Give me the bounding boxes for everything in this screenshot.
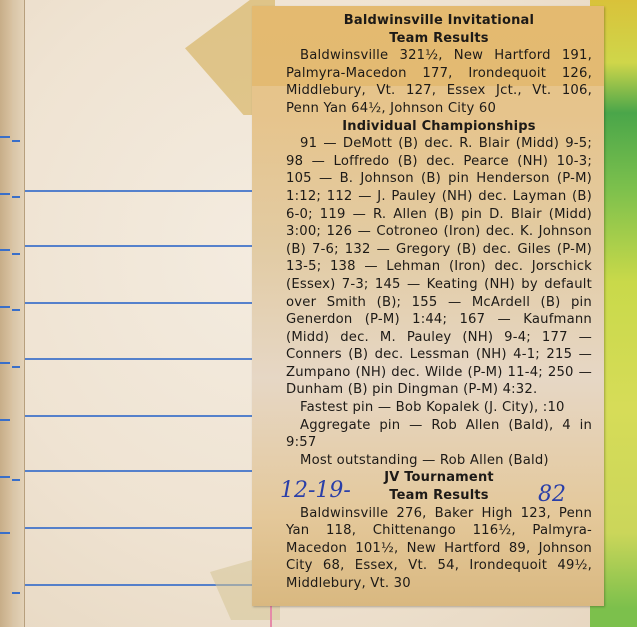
individual-heading: Individual Championships — [286, 118, 592, 136]
page-edge-line — [12, 479, 20, 481]
page-edge-line — [0, 306, 10, 308]
individual-results: 91 — DeMott (B) dec. R. Blair (Midd) 9-5… — [286, 135, 592, 399]
page-edge-line — [12, 592, 20, 594]
ruled-line — [25, 245, 255, 247]
team-results: Baldwinsville 321½, New Hartford 191, Pa… — [286, 47, 592, 117]
fastest-pin: Fastest pin — Bob Kopalek (J. City), :10 — [286, 399, 592, 417]
page-edge-line — [12, 366, 20, 368]
page-edge-line — [12, 253, 20, 255]
notebook-page-edge — [12, 0, 25, 627]
margin-line — [270, 606, 272, 627]
article-title: Baldwinsville Invitational — [286, 12, 592, 30]
ruled-line — [25, 302, 255, 304]
page-edge-line — [12, 196, 20, 198]
page-edge-line — [0, 362, 10, 364]
page-edge-line — [0, 532, 10, 534]
page-edge-line — [12, 140, 20, 142]
most-outstanding: Most outstanding — Rob Allen (Bald) — [286, 452, 592, 470]
page-edge-line — [0, 249, 10, 251]
page-edge-line — [0, 193, 10, 195]
team-results-heading: Team Results — [286, 30, 592, 48]
page-edge-line — [0, 476, 10, 478]
ruled-line — [25, 358, 255, 360]
ruled-line — [25, 415, 255, 417]
handwritten-date: 12-19- — [280, 478, 351, 503]
page-edge-line — [12, 309, 20, 311]
jv-team-results: Baldwinsville 276, Baker High 123, Penn … — [286, 505, 592, 593]
aggregate-pin: Aggregate pin — Rob Allen (Bald), 4 in 9… — [286, 417, 592, 452]
page-edge-line — [0, 419, 10, 421]
ruled-line — [25, 527, 255, 529]
ruled-line — [25, 470, 255, 472]
ruled-line — [25, 190, 255, 192]
handwritten-year: 82 — [538, 482, 566, 507]
page-edge-line — [0, 136, 10, 138]
